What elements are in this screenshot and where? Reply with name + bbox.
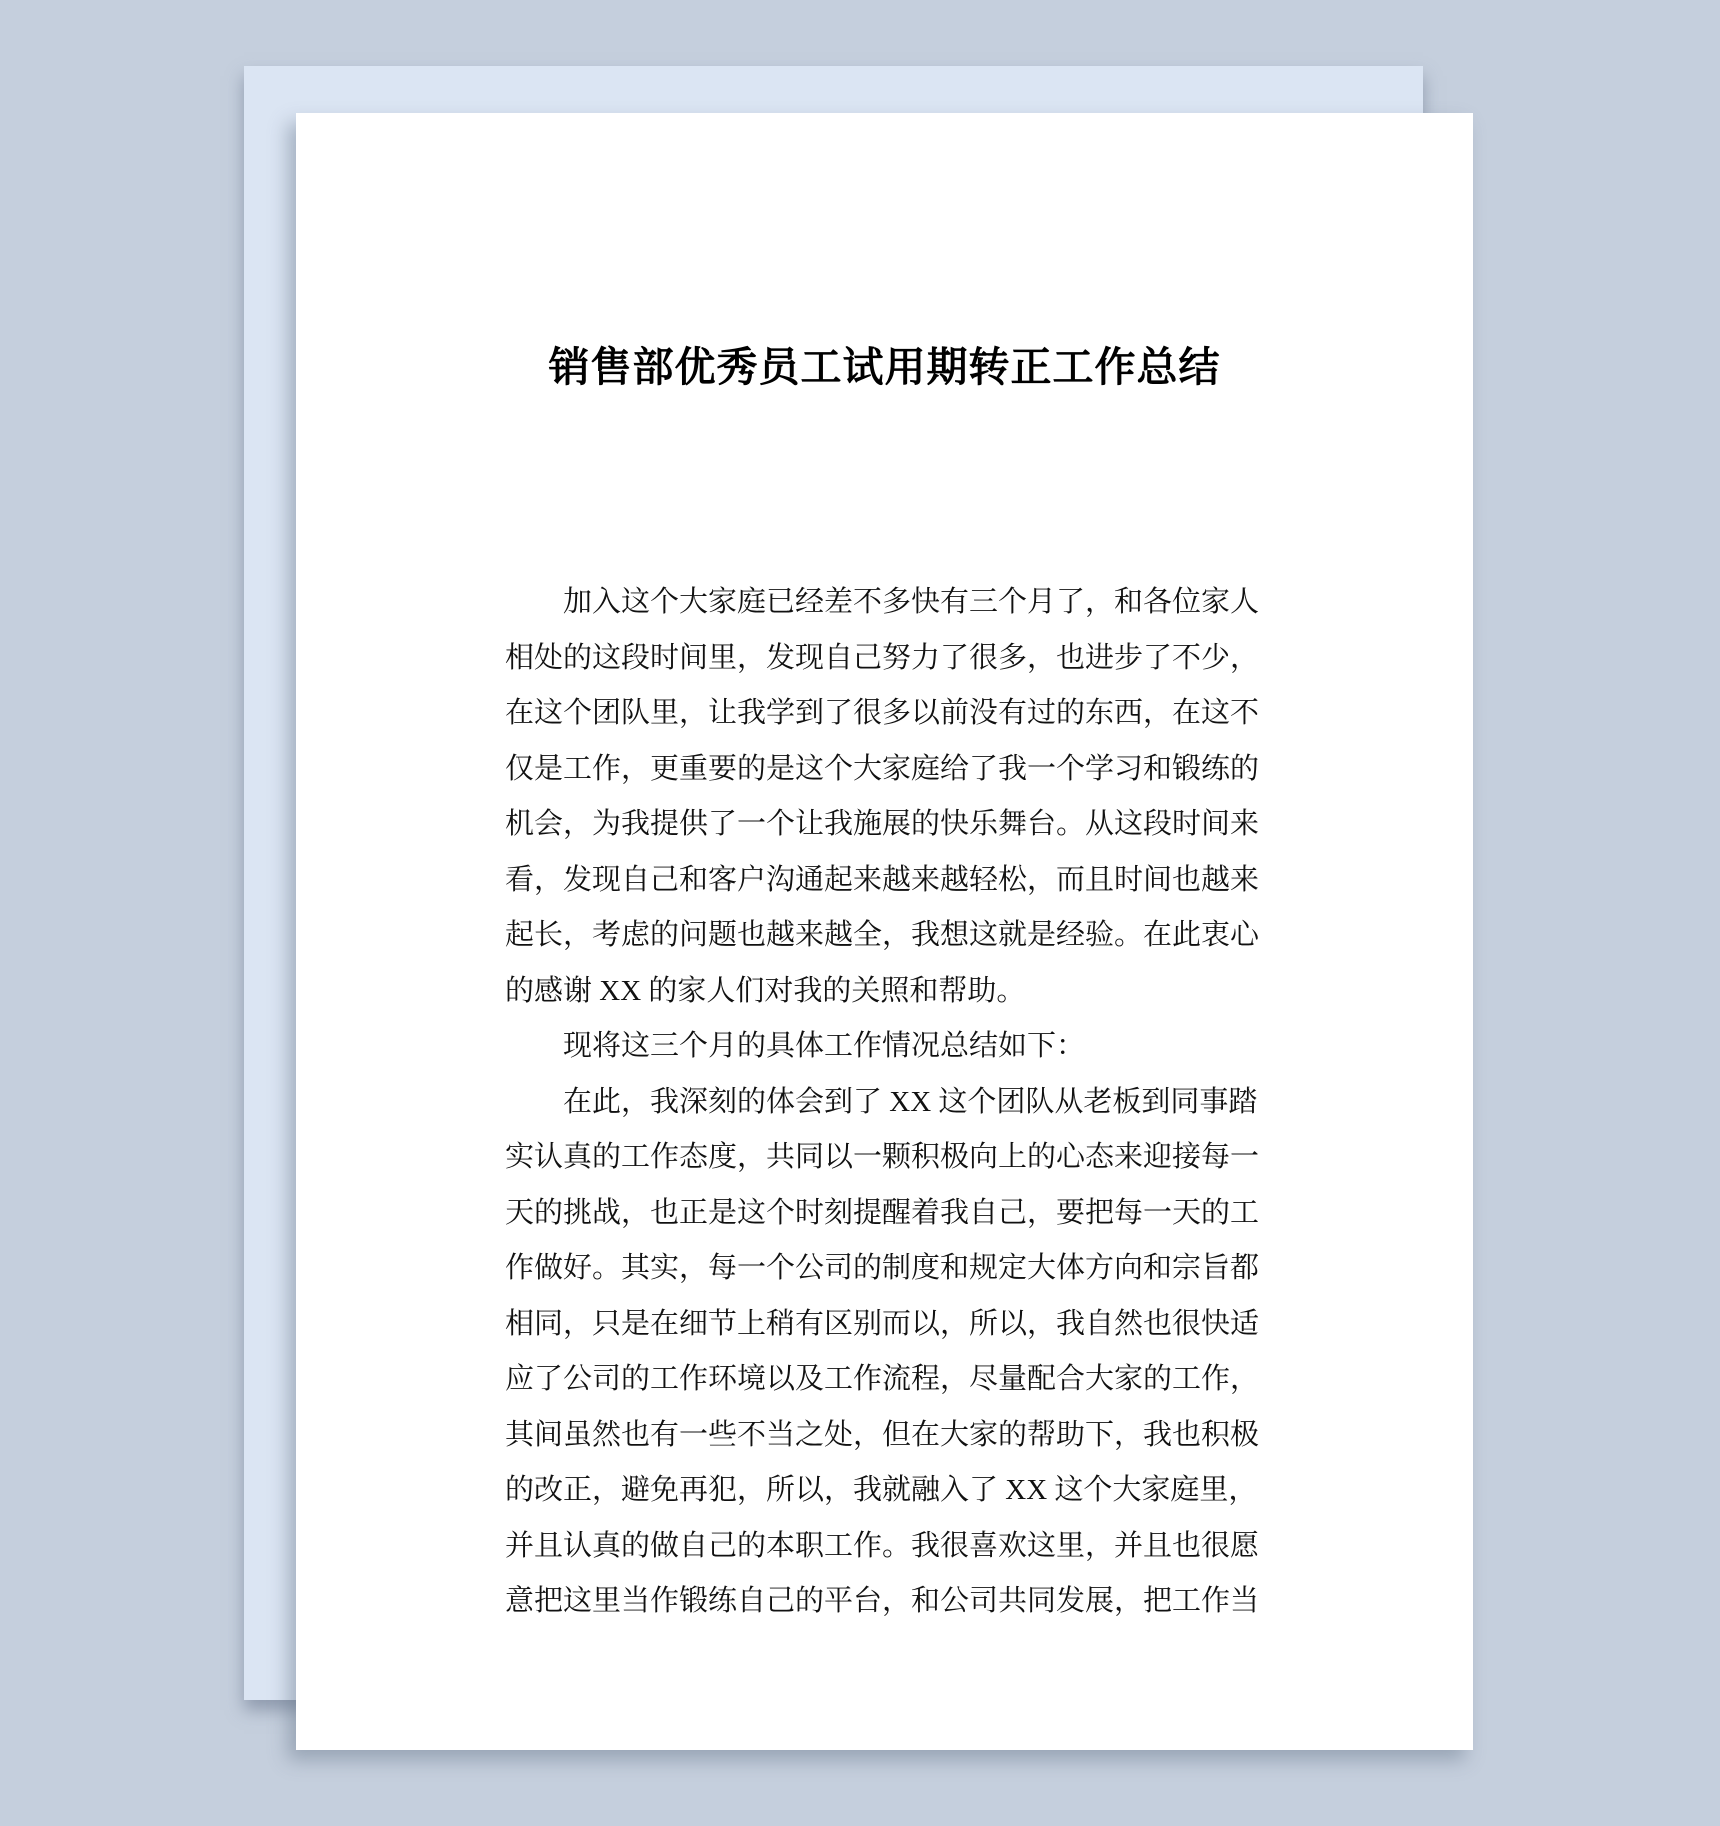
- page-background: 销售部优秀员工试用期转正工作总结 加入这个大家庭已经差不多快有三个月了，和各位家…: [0, 0, 1720, 1826]
- body-text-line: 意把这里当作锻练自己的平台，和公司共同发展，把工作当: [505, 1574, 1257, 1630]
- body-text-line: 实认真的工作态度，共同以一颗积极向上的心态来迎接每一: [505, 1130, 1257, 1186]
- body-text-line: 其间虽然也有一些不当之处，但在大家的帮助下，我也积极: [505, 1408, 1257, 1464]
- body-text-line: 看，发现自己和客户沟通起来越来越轻松，而且时间也越来: [505, 853, 1257, 909]
- body-text-line: 仅是工作，更重要的是这个大家庭给了我一个学习和锻练的: [505, 742, 1257, 798]
- body-text-line: 在这个团队里，让我学到了很多以前没有过的东西，在这不: [505, 686, 1257, 742]
- body-text-line: 相同，只是在细节上稍有区别而以，所以，我自然也很快适: [505, 1297, 1257, 1353]
- body-text-line: 的改正，避免再犯，所以，我就融入了 XX 这个大家庭里，: [505, 1463, 1257, 1519]
- body-text-line: 作做好。其实，每一个公司的制度和规定大体方向和宗旨都: [505, 1241, 1257, 1297]
- document-page: 销售部优秀员工试用期转正工作总结 加入这个大家庭已经差不多快有三个月了，和各位家…: [296, 113, 1473, 1750]
- body-text-line: 加入这个大家庭已经差不多快有三个月了，和各位家人: [505, 575, 1257, 631]
- body-text-line: 应了公司的工作环境以及工作流程，尽量配合大家的工作，: [505, 1352, 1257, 1408]
- body-text-line: 天的挑战，也正是这个时刻提醒着我自己，要把每一天的工: [505, 1186, 1257, 1242]
- document-body: 加入这个大家庭已经差不多快有三个月了，和各位家人相处的这段时间里，发现自己努力了…: [505, 575, 1257, 1630]
- document-title: 销售部优秀员工试用期转正工作总结: [296, 344, 1473, 391]
- body-text-line: 的感谢 XX 的家人们对我的关照和帮助。: [505, 964, 1257, 1020]
- body-text-line: 相处的这段时间里，发现自己努力了很多，也进步了不少，: [505, 631, 1257, 687]
- body-text-line: 在此，我深刻的体会到了 XX 这个团队从老板到同事踏: [505, 1075, 1257, 1131]
- body-text-line: 并且认真的做自己的本职工作。我很喜欢这里，并且也很愿: [505, 1519, 1257, 1575]
- body-text-line: 机会，为我提供了一个让我施展的快乐舞台。从这段时间来: [505, 797, 1257, 853]
- body-text-line: 起长，考虑的问题也越来越全，我想这就是经验。在此衷心: [505, 908, 1257, 964]
- body-text-line: 现将这三个月的具体工作情况总结如下：: [505, 1019, 1257, 1075]
